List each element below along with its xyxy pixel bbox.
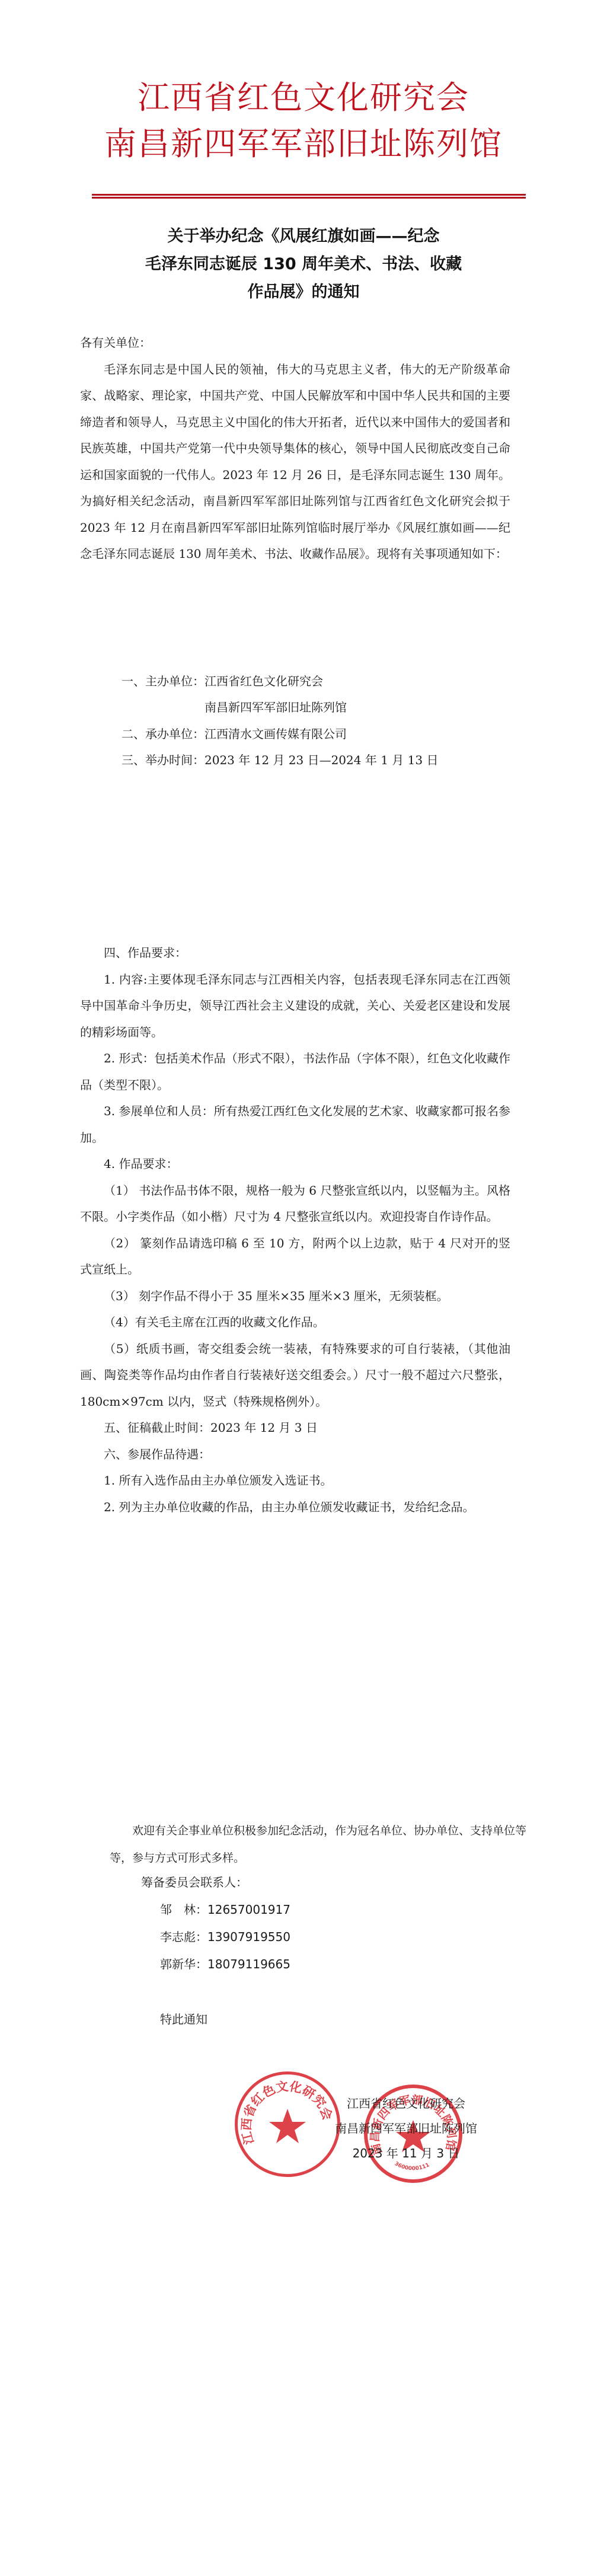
contact-name: 邹 林 <box>160 1903 196 1917</box>
requirement-sub-5: （5）纸质书画，寄交组委会统一装裱，有特殊要求的可自行装裱，（其他油画、陶瓷类等… <box>80 1336 510 1415</box>
requirement-item-4: 4. 作品要求： <box>80 1151 510 1177</box>
organizer-2: 南昌新四军军部旧址陈列馆 <box>205 698 347 715</box>
requirement-sub-3: （3） 刻字作品不得小于 35 厘米×35 厘米×3 厘米，无须装框。 <box>80 1283 510 1310</box>
salutation: 各有关单位： <box>80 330 510 356</box>
title-line-2: 毛泽东同志诞辰 130 周年美术、书法、收藏 <box>83 250 524 278</box>
signature-block: 江西省红色文化研究会 南昌新四军军部旧址陈列馆 2023 年 11 月 3 日 <box>308 2091 504 2166</box>
contact-row: 郭新华：18079119665 <box>160 1951 290 1978</box>
requirement-sub-1: （1） 书法作品书体不限，规格一般为 6 尺整张宣纸以内，以竖幅为主。风格不限。… <box>80 1177 510 1230</box>
contact-row: 李志彪：13907919550 <box>160 1923 290 1951</box>
contact-phone[interactable]: 13907919550 <box>207 1930 290 1944</box>
letterhead-org-2: 南昌新四军军部旧址陈列馆 <box>0 126 607 162</box>
organizers-row: 一、主办单位：江西省红色文化研究会 <box>122 672 323 689</box>
organizers-label: 一、主办单位： <box>122 674 205 688</box>
requirements-heading: 四、作品要求： <box>80 940 510 966</box>
benefit-item-1: 1. 所有入选作品由主办单位颁发入选证书。 <box>80 1467 510 1494</box>
signature-org-1: 江西省红色文化研究会 <box>308 2091 504 2116</box>
requirement-sub-4: （4）有关毛主席在江西的收藏文化作品。 <box>80 1309 510 1336</box>
deadline-row: 五、征稿截止时间：2023 年 12 月 3 日 <box>80 1415 510 1441</box>
signature-org-2: 南昌新四军军部旧址陈列馆 <box>308 2116 504 2141</box>
contact-phone[interactable]: 12657001917 <box>207 1903 290 1917</box>
notice-title: 关于举办纪念《风展红旗如画——纪念 毛泽东同志诞辰 130 周年美术、书法、收藏… <box>83 222 524 306</box>
requirements-section: 四、作品要求： 1. 内容:主要体现毛泽东同志与江西相关内容，包括表现毛泽东同志… <box>80 940 510 1520</box>
contact-phone[interactable]: 18079119665 <box>207 1957 290 1971</box>
contacts-heading: 筹备委员会联系人： <box>141 1869 248 1896</box>
contact-name: 郭新华 <box>160 1957 196 1971</box>
letterhead-org-1: 江西省红色文化研究会 <box>0 80 607 116</box>
contacts-block: 筹备委员会联系人： <box>141 1869 248 1896</box>
duration-value: 2023 年 12 月 23 日—2024 年 1 月 13 日 <box>205 753 438 767</box>
deadline-value: 2023 年 12 月 3 日 <box>210 1421 318 1435</box>
contact-name: 李志彪 <box>160 1930 196 1944</box>
signature-date: 2023 年 11 月 3 日 <box>308 2141 504 2166</box>
requirement-sub-2: （2） 篆刻作品请选印稿 6 至 10 方，附两个以上边款，贴于 4 尺对开的竖… <box>80 1230 510 1283</box>
letterhead-rule-bottom <box>92 197 526 199</box>
invitation-text: 欢迎有关企事业单位积极参加纪念活动，作为冠名单位、协办单位、支持单位等等，参与方… <box>110 1817 536 1872</box>
co-organizer-label: 二、承办单位： <box>122 727 205 741</box>
co-organizer-row: 二、承办单位：江西清水文画传媒有限公司 <box>122 724 347 742</box>
requirement-item-1: 1. 内容:主要体现毛泽东同志与江西相关内容，包括表现毛泽东同志在江西领导中国革… <box>80 966 510 1046</box>
notice-body-intro: 各有关单位： 毛泽东同志是中国人民的领袖，伟大的马克思主义者，伟大的无产阶级革命… <box>80 330 510 567</box>
requirement-item-3: 3. 参展单位和人员：所有热爱江西红色文化发展的艺术家、收藏家都可报名参加。 <box>80 1098 510 1151</box>
contact-list: 邹 林：12657001917 李志彪：13907919550 郭新华：1807… <box>160 1896 290 1978</box>
duration-label: 三、举办时间： <box>122 753 205 767</box>
intro-paragraph: 毛泽东同志是中国人民的领袖，伟大的马克思主义者，伟大的无产阶级革命家、战略家、理… <box>80 356 510 567</box>
organizer-1: 江西省红色文化研究会 <box>205 674 323 688</box>
deadline-label: 五、征稿截止时间： <box>104 1421 210 1435</box>
benefits-heading: 六、参展作品待遇： <box>80 1441 510 1468</box>
invitation-paragraph: 欢迎有关企事业单位积极参加纪念活动，作为冠名单位、协办单位、支持单位等等，参与方… <box>110 1817 536 1872</box>
requirement-item-2: 2. 形式：包括美术作品（形式不限），书法作品（字体不限），红色文化收藏作品（类… <box>80 1045 510 1098</box>
contact-row: 邹 林：12657001917 <box>160 1896 290 1923</box>
title-line-3: 作品展》的通知 <box>83 278 524 306</box>
letterhead-rule-top <box>92 194 526 196</box>
notice-end: 特此通知 <box>160 2006 207 2033</box>
title-line-1: 关于举办纪念《风展红旗如画——纪念 <box>83 222 524 250</box>
benefit-item-2: 2. 列为主办单位收藏的作品，由主办单位颁发收藏证书，发给纪念品。 <box>80 1494 510 1521</box>
duration-row: 三、举办时间：2023 年 12 月 23 日—2024 年 1 月 13 日 <box>122 751 438 768</box>
co-organizer-value: 江西清水文画传媒有限公司 <box>205 727 347 741</box>
